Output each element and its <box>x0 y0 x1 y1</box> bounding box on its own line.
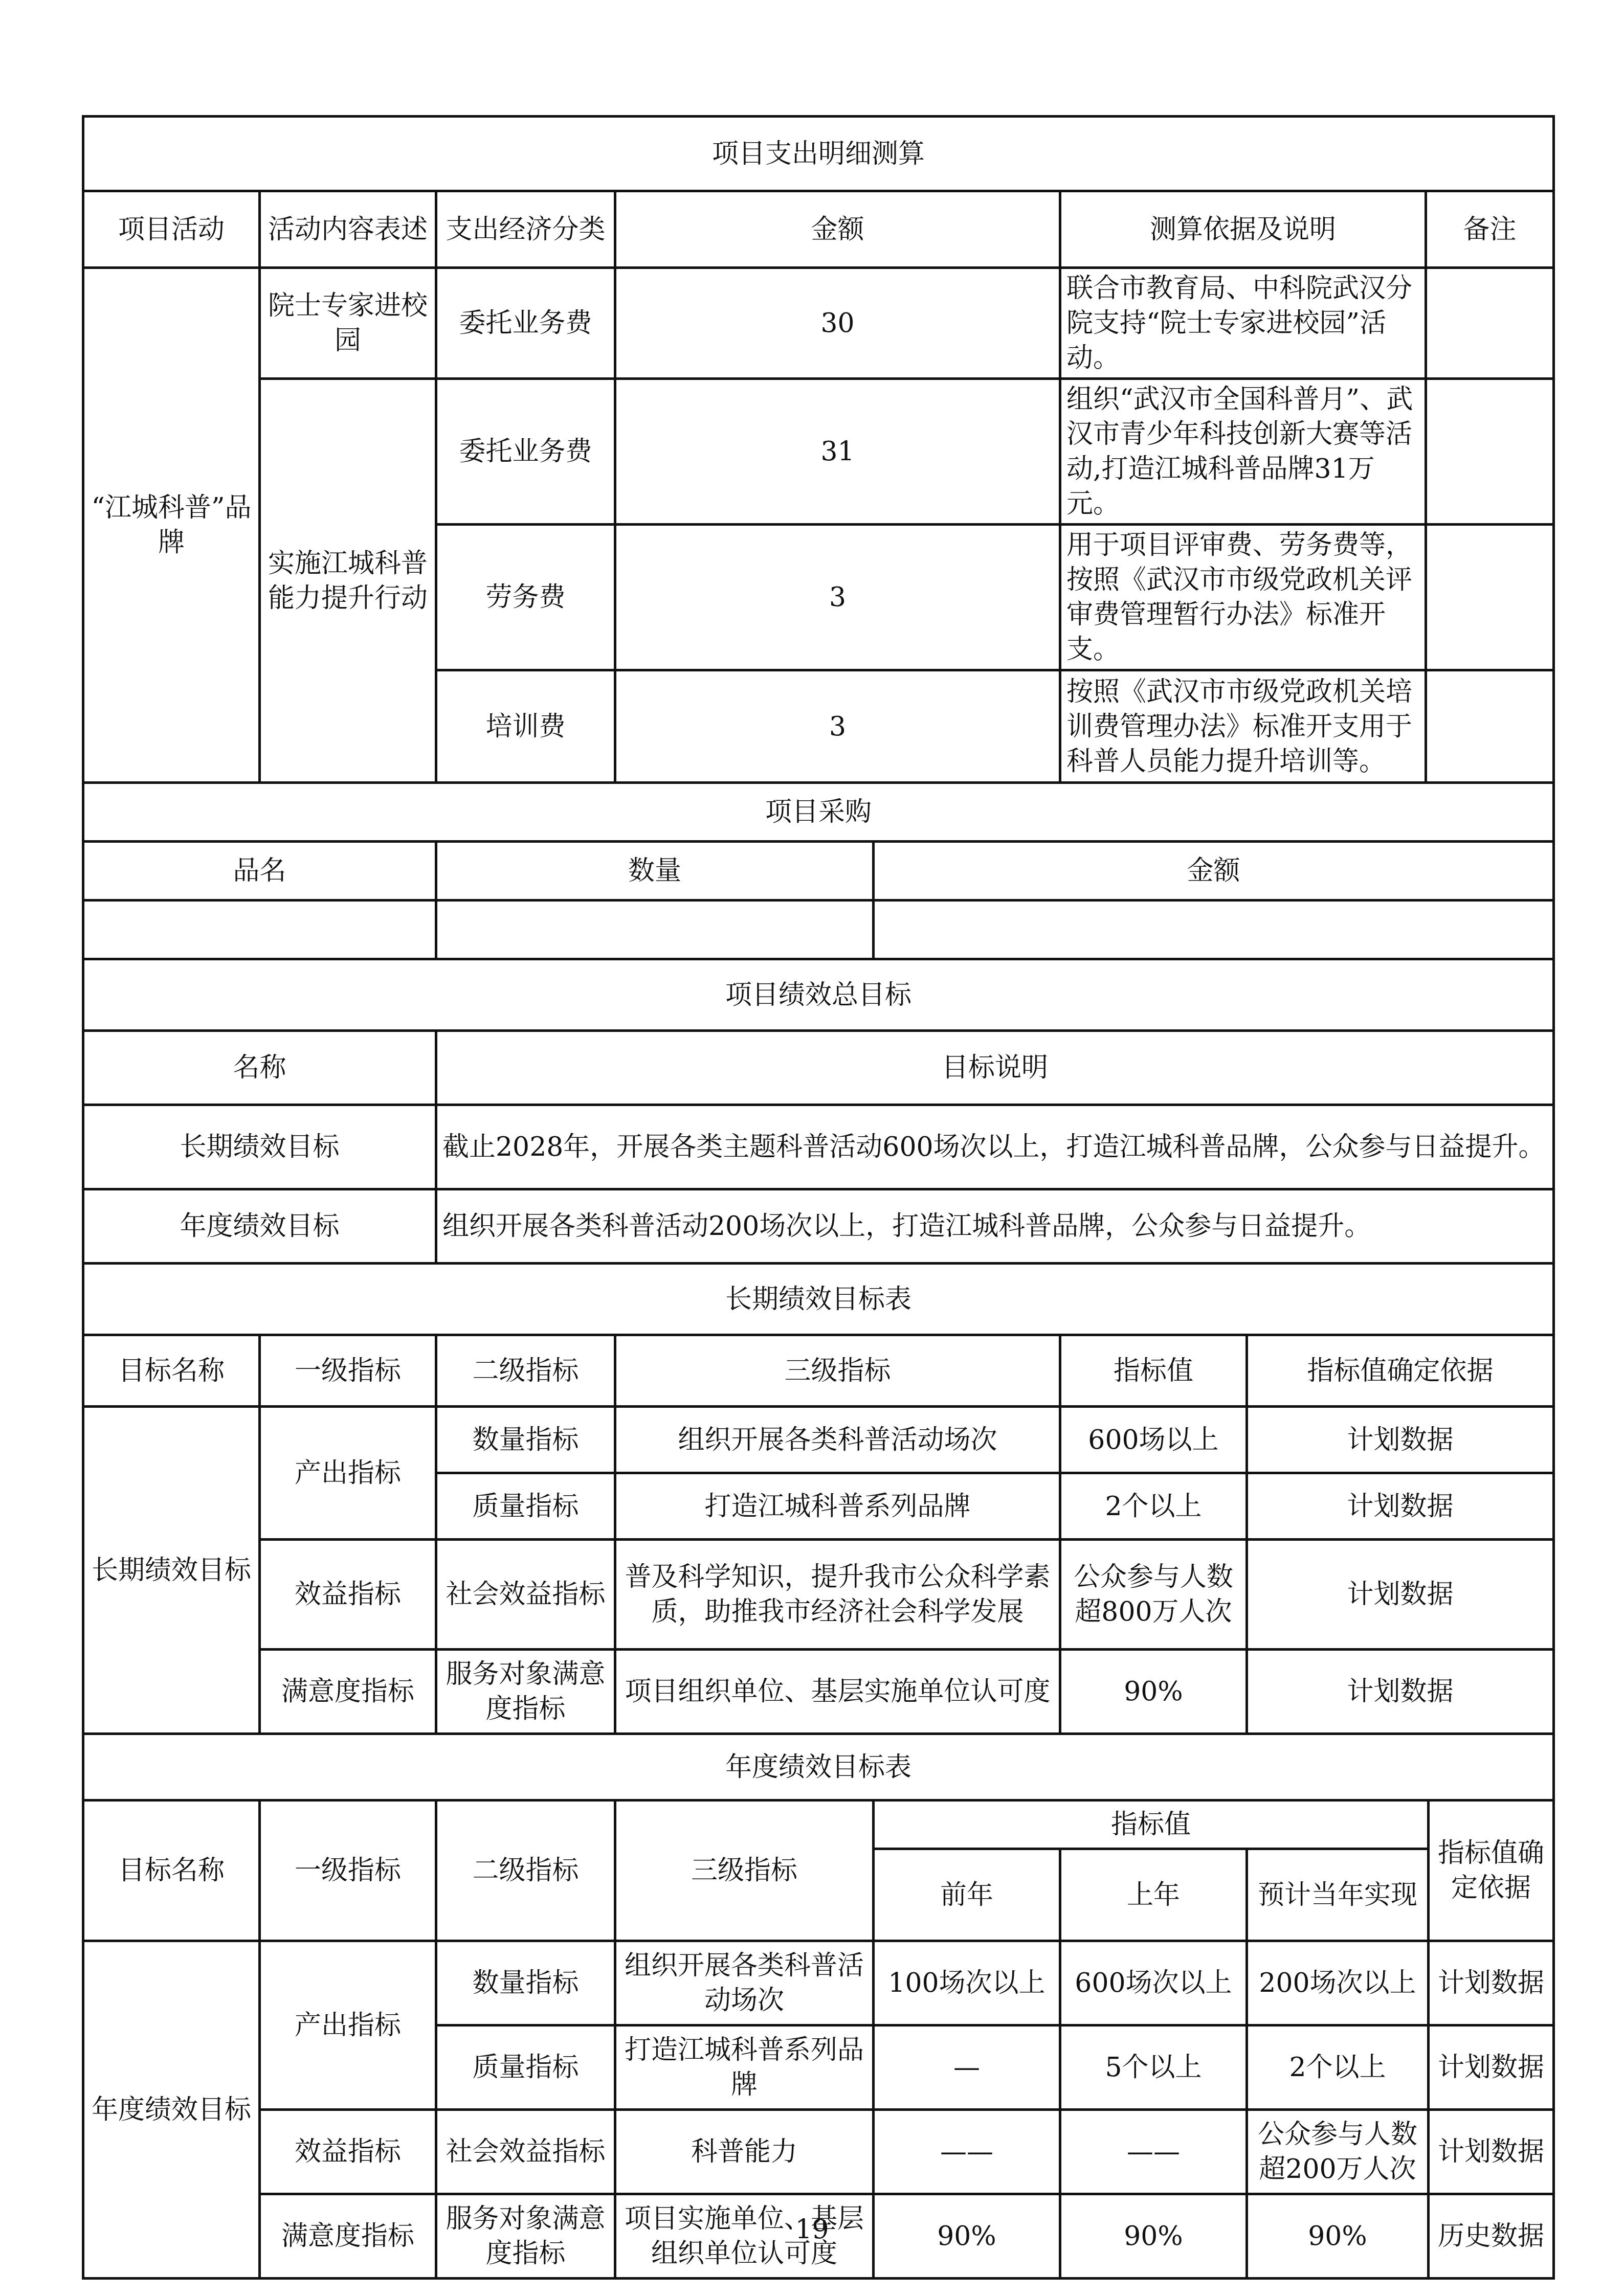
longterm-table: 长期绩效目标表 目标名称 一级指标 二级指标 三级指标 指标值 指标值确定依据 … <box>82 1262 1555 1735</box>
header-cell: 指标值 <box>874 1800 1429 1849</box>
prev1-cell: —— <box>1060 2110 1247 2194</box>
header-cell: 数量 <box>436 842 874 901</box>
l3-cell: 打造江城科普系列品牌 <box>615 1473 1060 1540</box>
amount-cell: 3 <box>615 525 1060 670</box>
subheader-cell: 上年 <box>1060 1849 1247 1941</box>
empty-cell <box>874 901 1554 959</box>
l1-cell: 产出指标 <box>260 1407 436 1540</box>
value-cell: 2个以上 <box>1060 1473 1247 1540</box>
header-cell: 金额 <box>874 842 1554 901</box>
goal-cell: 长期绩效目标 <box>83 1407 260 1734</box>
amount-cell: 31 <box>615 379 1060 525</box>
header-cell: 二级指标 <box>436 1800 615 1941</box>
header-cell: 名称 <box>83 1031 436 1105</box>
prev2-cell: —— <box>874 2110 1060 2194</box>
l3-cell: 打造江城科普系列品牌 <box>615 2025 874 2110</box>
subheader-cell: 前年 <box>874 1849 1060 1941</box>
section-title-procurement: 项目采购 <box>83 783 1554 842</box>
empty-cell <box>83 901 436 959</box>
prev2-cell: 100场次以上 <box>874 1941 1060 2025</box>
basis-cell: 计划数据 <box>1429 2025 1554 2110</box>
section-title-annual: 年度绩效目标表 <box>83 1734 1554 1800</box>
basis-cell: 计划数据 <box>1247 1650 1554 1734</box>
current-cell: 公众参与人数超200万人次 <box>1247 2110 1429 2194</box>
header-cell: 三级指标 <box>615 1800 874 1941</box>
l3-cell: 普及科学知识，提升我市公众科学素质，助推我市经济社会科学发展 <box>615 1540 1060 1650</box>
category-cell: 劳务费 <box>436 525 615 670</box>
basis-cell: 计划数据 <box>1429 2110 1554 2194</box>
activity-cell: “江城科普”品牌 <box>83 268 260 783</box>
prev1-cell: 5个以上 <box>1060 2025 1247 2110</box>
header-cell: 二级指标 <box>436 1335 615 1407</box>
value-cell: 公众参与人数超800万人次 <box>1060 1540 1247 1650</box>
basis-cell: 组织“武汉市全国科普月”、武汉市青少年科技创新大赛等活动,打造江城科普品牌31万… <box>1060 379 1426 525</box>
header-cell: 支出经济分类 <box>436 191 615 268</box>
prev2-cell: — <box>874 2025 1060 2110</box>
section-title-longterm: 长期绩效目标表 <box>83 1264 1554 1335</box>
l1-cell: 产出指标 <box>260 1941 436 2110</box>
l1-cell: 效益指标 <box>260 2110 436 2194</box>
section-title-overall: 项目绩效总目标 <box>83 959 1554 1031</box>
basis-cell: 计划数据 <box>1247 1407 1554 1473</box>
budget-table: 项目支出明细测算 项目活动 活动内容表述 支出经济分类 金额 测算依据及说明 备… <box>82 115 1555 1265</box>
l2-cell: 数量指标 <box>436 1941 615 2025</box>
header-cell: 指标值确定依据 <box>1429 1800 1554 1941</box>
page-number: 19 <box>0 2214 1624 2245</box>
header-cell: 活动内容表述 <box>260 191 436 268</box>
annual-table: 年度绩效目标表 目标名称 一级指标 二级指标 三级指标 指标值 指标值确定依据 … <box>82 1732 1555 2280</box>
l2-cell: 社会效益指标 <box>436 1540 615 1650</box>
current-cell: 200场次以上 <box>1247 1941 1429 2025</box>
basis-cell: 计划数据 <box>1429 1941 1554 2025</box>
l2-cell: 服务对象满意度指标 <box>436 1650 615 1734</box>
header-cell: 指标值确定依据 <box>1247 1335 1554 1407</box>
goal-name-cell: 年度绩效目标 <box>83 1189 436 1264</box>
subheader-cell: 预计当年实现 <box>1247 1849 1429 1941</box>
content-cell: 实施江城科普能力提升行动 <box>260 379 436 783</box>
value-cell: 600场以上 <box>1060 1407 1247 1473</box>
l2-cell: 社会效益指标 <box>436 2110 615 2194</box>
header-cell: 目标名称 <box>83 1335 260 1407</box>
header-cell: 一级指标 <box>260 1800 436 1941</box>
header-cell: 品名 <box>83 842 436 901</box>
header-cell: 备注 <box>1426 191 1554 268</box>
goal-name-cell: 长期绩效目标 <box>83 1105 436 1189</box>
header-cell: 金额 <box>615 191 1060 268</box>
basis-cell: 联合市教育局、中科院武汉分院支持“院士专家进校园”活动。 <box>1060 268 1426 379</box>
empty-cell <box>436 901 874 959</box>
note-cell <box>1426 525 1554 670</box>
l3-cell: 项目组织单位、基层实施单位认可度 <box>615 1650 1060 1734</box>
basis-cell: 计划数据 <box>1247 1473 1554 1540</box>
goal-desc-cell: 组织开展各类科普活动200场次以上，打造江城科普品牌，公众参与日益提升。 <box>436 1189 1554 1264</box>
note-cell <box>1426 670 1554 783</box>
amount-cell: 30 <box>615 268 1060 379</box>
l3-cell: 组织开展各类科普活动场次 <box>615 1941 874 2025</box>
header-cell: 目标说明 <box>436 1031 1554 1105</box>
header-cell: 项目活动 <box>83 191 260 268</box>
note-cell <box>1426 268 1554 379</box>
l3-cell: 科普能力 <box>615 2110 874 2194</box>
section-title-expense: 项目支出明细测算 <box>83 117 1554 191</box>
l2-cell: 质量指标 <box>436 1473 615 1540</box>
header-cell: 测算依据及说明 <box>1060 191 1426 268</box>
note-cell <box>1426 379 1554 525</box>
category-cell: 委托业务费 <box>436 379 615 525</box>
l2-cell: 数量指标 <box>436 1407 615 1473</box>
category-cell: 培训费 <box>436 670 615 783</box>
l3-cell: 组织开展各类科普活动场次 <box>615 1407 1060 1473</box>
l1-cell: 满意度指标 <box>260 1650 436 1734</box>
header-cell: 三级指标 <box>615 1335 1060 1407</box>
header-cell: 一级指标 <box>260 1335 436 1407</box>
goal-desc-cell: 截止2028年，开展各类主题科普活动600场次以上，打造江城科普品牌，公众参与日… <box>436 1105 1554 1189</box>
content-cell: 院士专家进校园 <box>260 268 436 379</box>
category-cell: 委托业务费 <box>436 268 615 379</box>
l2-cell: 质量指标 <box>436 2025 615 2110</box>
current-cell: 2个以上 <box>1247 2025 1429 2110</box>
header-cell: 目标名称 <box>83 1800 260 1941</box>
basis-cell: 按照《武汉市市级党政机关培训费管理办法》标准开支用于科普人员能力提升培训等。 <box>1060 670 1426 783</box>
amount-cell: 3 <box>615 670 1060 783</box>
document-page: 项目支出明细测算 项目活动 活动内容表述 支出经济分类 金额 测算依据及说明 备… <box>82 115 1552 2280</box>
basis-cell: 计划数据 <box>1247 1540 1554 1650</box>
l1-cell: 效益指标 <box>260 1540 436 1650</box>
value-cell: 90% <box>1060 1650 1247 1734</box>
header-cell: 指标值 <box>1060 1335 1247 1407</box>
prev1-cell: 600场次以上 <box>1060 1941 1247 2025</box>
basis-cell: 用于项目评审费、劳务费等，按照《武汉市市级党政机关评审费管理暂行办法》标准开支。 <box>1060 525 1426 670</box>
